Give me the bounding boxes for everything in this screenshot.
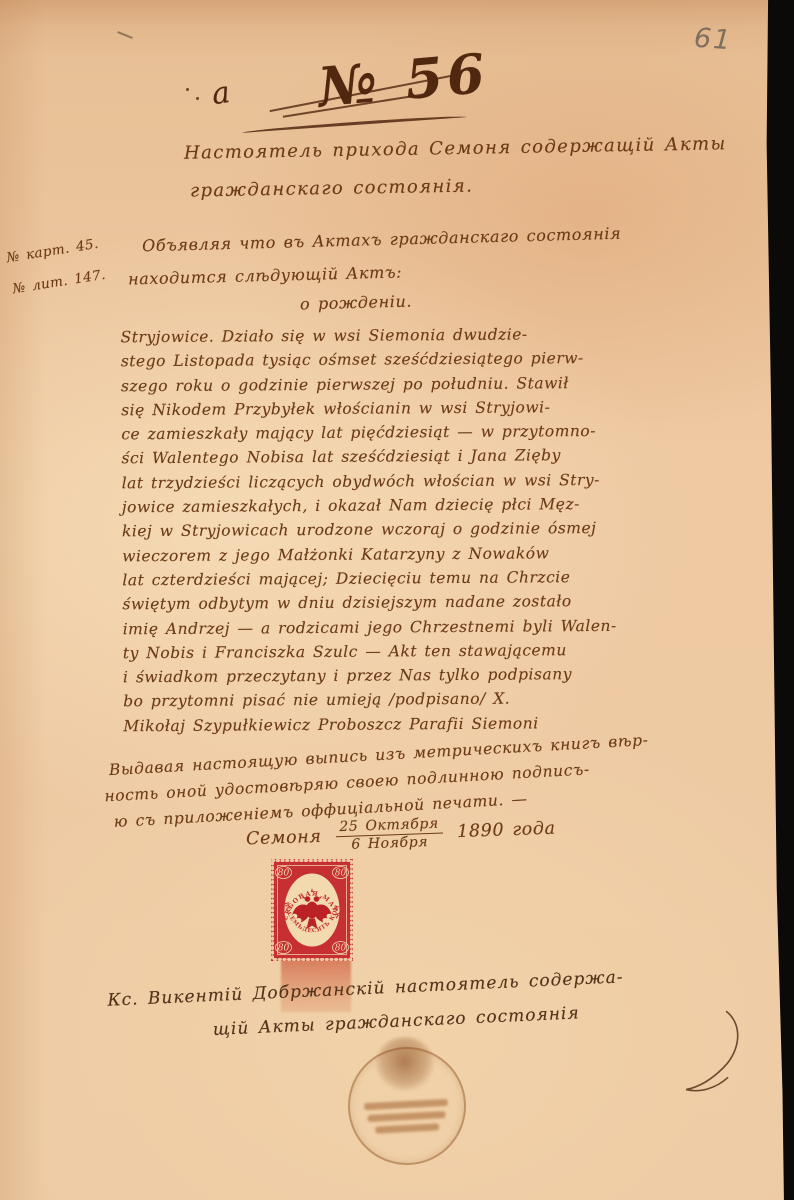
svg-text:80: 80	[335, 869, 347, 879]
revenue-stamp-graphic: ГЕРБОВАЯ МАРКА ВОСЕМЬДЕСЯТЬ КОП. 80 80 8…	[271, 859, 353, 961]
revenue-stamp: ГЕРБОВАЯ МАРКА ВОСЕМЬДЕСЯТЬ КОП. 80 80 8…	[271, 859, 353, 961]
ink-dots	[186, 88, 189, 91]
document-scan: 61 a № 56 Настоятель прихода Семоня соде…	[0, 0, 794, 1200]
svg-text:80: 80	[278, 944, 290, 954]
dateline-year: 1890 года	[457, 819, 556, 842]
act-body: Stryjowice. Działo się w wsi Siemonia dw…	[121, 321, 780, 739]
signature-flourish	[669, 1007, 753, 1101]
seal-text-smudge	[367, 1111, 445, 1122]
folio-number: 61	[693, 23, 733, 57]
ink-dots	[196, 97, 199, 100]
svg-text:80: 80	[335, 944, 347, 954]
svg-text:80: 80	[278, 869, 290, 879]
act-line: Mikołaj Szypułkiewicz Proboszcz Parafii …	[123, 709, 779, 738]
dateline-date-fraction: 25 Октября 6 Ноября	[335, 817, 444, 854]
seal-text-smudge	[375, 1123, 439, 1133]
seal-text-smudge	[364, 1099, 448, 1110]
declaration-line-3: о рожденіи.	[300, 292, 413, 314]
dateline-place: Семоня	[246, 827, 322, 850]
